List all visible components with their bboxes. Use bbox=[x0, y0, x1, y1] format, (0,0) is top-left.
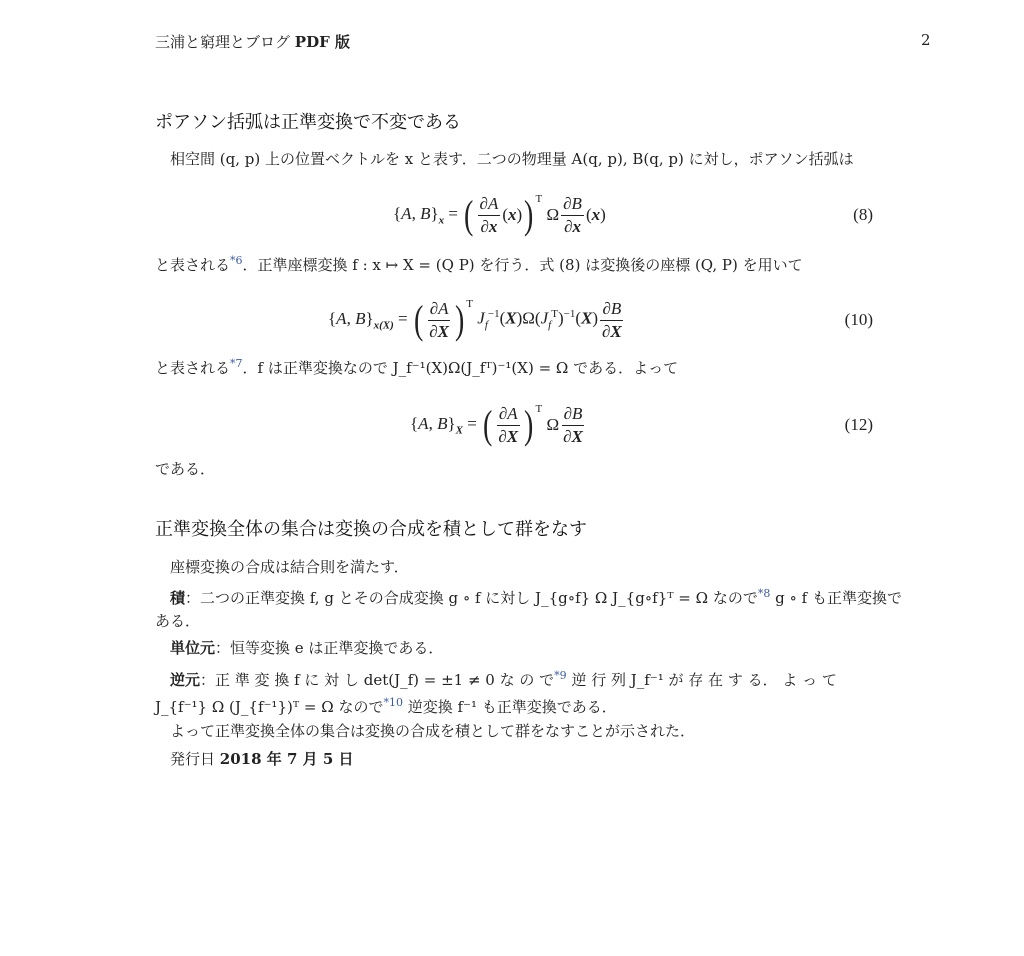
paragraph-inverse: 逆元：正 準 変 換 f に 対 し det(J_f) = ±1 ≠ 0 な の… bbox=[170, 670, 837, 688]
date-value: 2018 年 7 月 5 日 bbox=[220, 750, 354, 768]
equation-number-12: (12) bbox=[845, 415, 873, 435]
equation-number-10: (10) bbox=[845, 310, 873, 330]
document-page: 三浦と窮理とブログ PDF 版 2 ポアソン括弧は正準変換で不変である 相空間 … bbox=[0, 0, 1024, 956]
footnote-link-7[interactable]: *7 bbox=[230, 357, 243, 370]
paragraph-associativity: 座標変換の合成は結合則を満たす． bbox=[170, 560, 409, 575]
paragraph-intro: 相空間 (q, p) 上の位置ベクトルを x と表す．二つの物理量 A(q, p… bbox=[170, 152, 854, 167]
paragraph-transform: と表される*6．正準座標変換 f : x ↦ X = (Q P) を行う．式 (… bbox=[155, 255, 803, 273]
identity-label: 単位元 bbox=[170, 639, 215, 657]
equation-8: {A, B}x = ( ∂A∂x (x) )T Ω ∂B∂x (x) (8) bbox=[155, 185, 873, 245]
footnote-link-8[interactable]: *8 bbox=[758, 587, 771, 600]
paragraph-inverse-cont: J_{f⁻¹} Ω (J_{f⁻¹})ᵀ = Ω なので*10 逆変換 f⁻¹ … bbox=[155, 697, 617, 715]
equation-10-body: {A, B}x(X) = ( ∂A∂X )T Jf−1(X)Ω(JfT)−1(X… bbox=[328, 290, 626, 350]
publication-date: 発行日 2018 年 7 月 5 日 bbox=[170, 752, 354, 767]
footnote-link-9[interactable]: *9 bbox=[554, 669, 567, 682]
equation-10: {A, B}x(X) = ( ∂A∂X )T Jf−1(X)Ω(JfT)−1(X… bbox=[155, 290, 873, 350]
footnote-link-6[interactable]: *6 bbox=[230, 254, 243, 267]
equation-12: {A, B}X = ( ∂A∂X )T Ω ∂B∂X (12) bbox=[155, 395, 873, 455]
paragraph-product: 積：二つの正準変換 f, g とその合成変換 g ∘ f に対し J_{g∘f}… bbox=[170, 588, 902, 606]
footnote-link-10[interactable]: *10 bbox=[383, 696, 403, 709]
paragraph-conclusion1: である． bbox=[155, 462, 215, 477]
running-header: 三浦と窮理とブログ PDF 版 bbox=[155, 31, 350, 52]
paragraph-conclusion2: よって正準変換全体の集合は変換の合成を積として群をなすことが示された． bbox=[170, 724, 695, 739]
equation-12-body: {A, B}X = ( ∂A∂X )T Ω ∂B∂X bbox=[410, 395, 587, 455]
product-label: 積 bbox=[170, 589, 185, 607]
header-title-jp: 三浦と窮理とブログ bbox=[155, 33, 290, 51]
inverse-label: 逆元 bbox=[170, 671, 200, 689]
paragraph-canonical: と表される*7．f は正準変換なので J_f⁻¹(X)Ω(J_fᵀ)⁻¹(X) … bbox=[155, 358, 678, 376]
paragraph-identity: 単位元：恒等変換 e は正準変換である． bbox=[170, 641, 443, 656]
section-title-group: 正準変換全体の集合は変換の合成を積として群をなす bbox=[155, 515, 587, 541]
equation-8-body: {A, B}x = ( ∂A∂x (x) )T Ω ∂B∂x (x) bbox=[393, 185, 606, 245]
date-label: 発行日 bbox=[170, 750, 215, 768]
paragraph-product-cont: ある． bbox=[155, 614, 200, 629]
header-title-pdf: PDF 版 bbox=[295, 33, 350, 51]
page-number: 2 bbox=[921, 31, 931, 49]
equation-number-8: (8) bbox=[853, 205, 873, 225]
section-title-poisson: ポアソン括弧は正準変換で不変である bbox=[155, 108, 461, 134]
